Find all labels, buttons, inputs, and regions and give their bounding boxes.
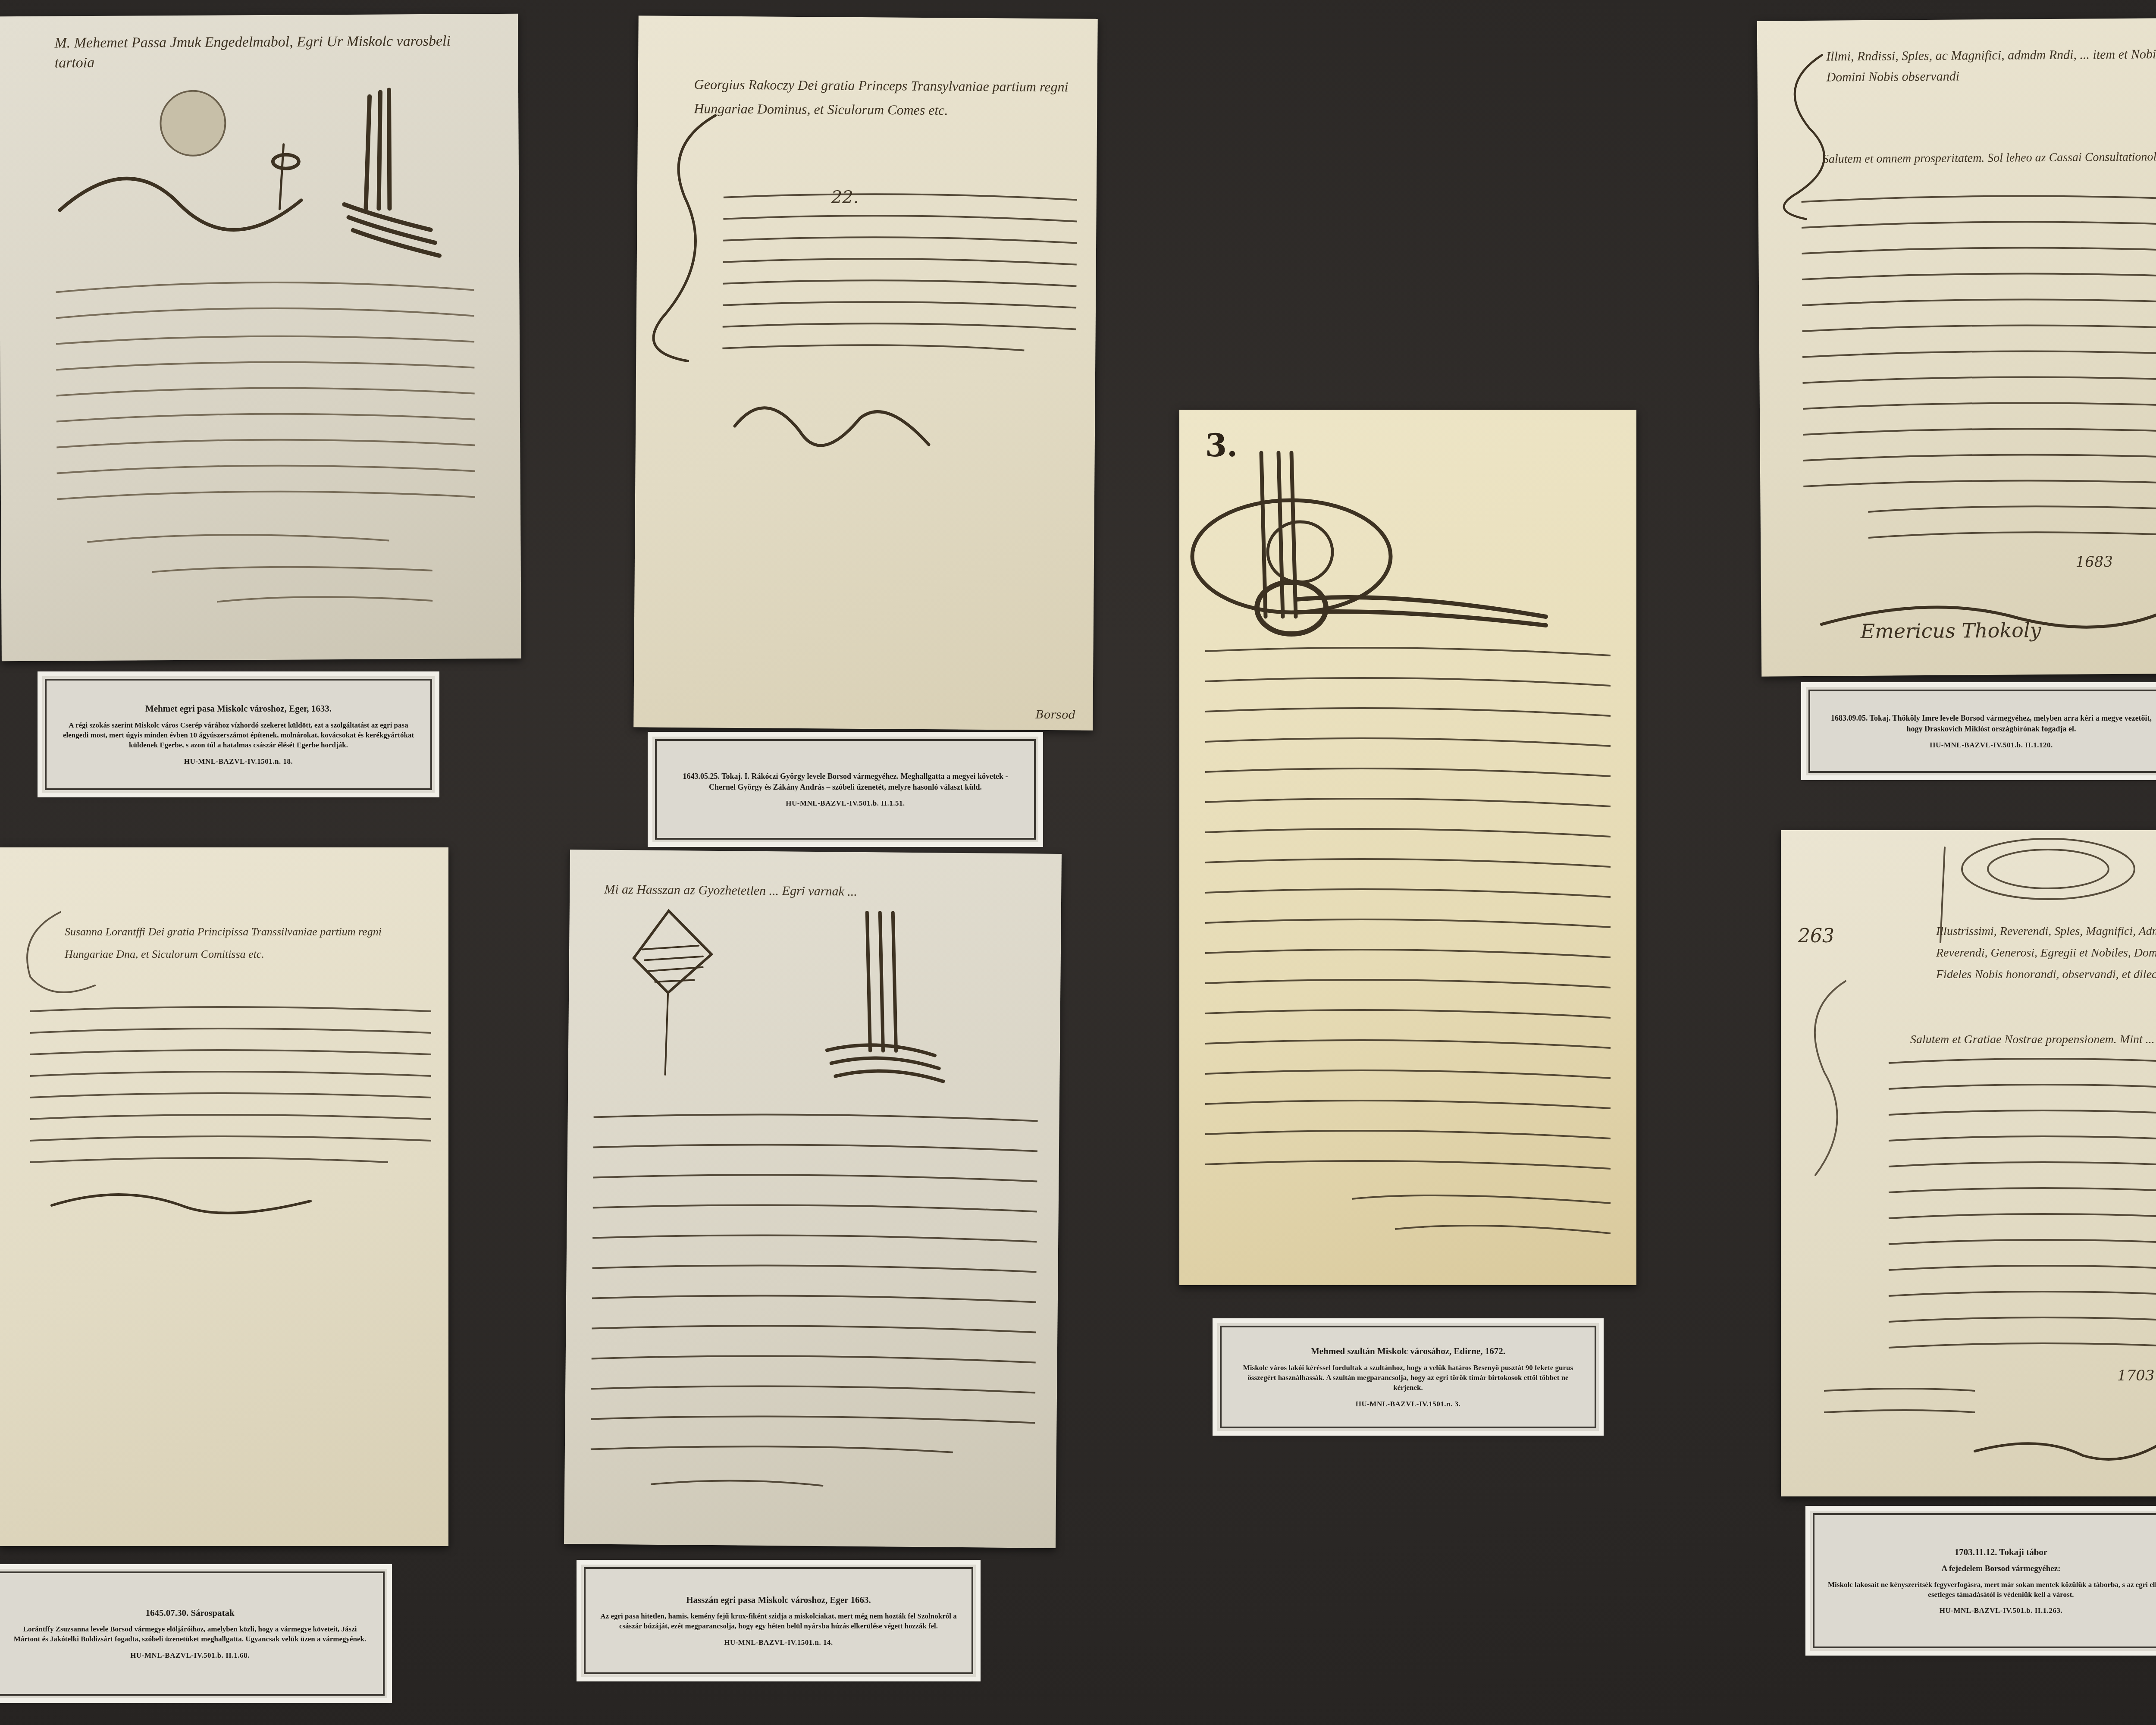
label-title: Mehmet egri pasa Miskolc városhoz, Eger,… — [60, 703, 417, 714]
document-hasszan-1663: Mi az Hasszan az Gyozhetetlen ... Egri v… — [564, 850, 1062, 1548]
calligraphic-initial — [1757, 18, 2156, 676]
label-title: Hasszán egri pasa Miskolc városhoz, Eger… — [599, 1594, 959, 1606]
document-signature: Emericus Thokoly — [1860, 618, 2041, 643]
label-body: 1683.09.05. Tokaj. Thököly Imre levele B… — [1823, 713, 2156, 734]
label-body: A régi szokás szerint Miskolc város Cser… — [60, 721, 417, 750]
label-archive-reference: HU-MNL-BAZVL-IV.1501.n. 3. — [1235, 1400, 1582, 1408]
label-title: 1645.07.30. Sárospatak — [10, 1607, 370, 1618]
document-year-mark: 1683 — [2075, 553, 2113, 571]
caption-label-lorantffy-1645: 1645.07.30. Sárospatak Lorántffy Zsuzsan… — [0, 1568, 389, 1700]
calligraphic-flourish — [1781, 830, 2156, 1496]
tughra-illustration — [0, 14, 521, 661]
document-rakoczi-1643: Georgius Rakoczy Dei gratia Princeps Tra… — [633, 16, 1097, 730]
caption-label-thokoly-1683: 1683.09.05. Tokaj. Thököly Imre levele B… — [1805, 686, 2156, 777]
document-sultan-1672: 3. — [1179, 410, 1636, 1285]
flag-and-tughra-illustration — [564, 850, 1062, 1548]
label-body: Miskolc lakosait ne kényszerítsék fegyve… — [1827, 1580, 2156, 1600]
label-archive-reference: HU-MNL-BAZVL-IV.501.b. II.1.120. — [1823, 741, 2156, 750]
label-archive-reference: HU-MNL-BAZVL-IV.1501.n. 14. — [599, 1638, 959, 1647]
document-corner-mark: Borsod — [1036, 709, 1076, 722]
caption-label-rakoczi-1643: 1643.05.25. Tokaj. I. Rákóczi György lev… — [651, 735, 1040, 844]
document-mehmet-1633: M. Mehemet Passa Jmuk Engedelmabol, Egri… — [0, 14, 521, 661]
label-subtitle: A fejedelem Borsod vármegyéhez: — [1827, 1564, 2156, 1574]
document-thokoly-1683: Illmi, Rndissi, Sples, ac Magnifici, adm… — [1757, 18, 2156, 676]
label-body: Az egri pasa hitetlen, hamis, kemény fej… — [599, 1612, 959, 1631]
document-lorantffy-1645: Susanna Lorantffi Dei gratia Principissa… — [0, 847, 448, 1546]
label-archive-reference: HU-MNL-BAZVL-IV.1501.n. 18. — [60, 757, 417, 766]
document-numeral: 22. — [831, 187, 859, 207]
calligraphic-initial — [633, 16, 1097, 730]
tughra-illustration — [1179, 410, 1636, 1285]
document-tokaji-1703: 263 Illustrissimi, Reverendi, Sples, Mag… — [1781, 830, 2156, 1496]
caption-label-hasszan-1663: Hasszán egri pasa Miskolc városhoz, Eger… — [580, 1563, 977, 1678]
label-body: 1643.05.25. Tokaj. I. Rákóczi György lev… — [670, 771, 1021, 792]
label-body: Lorántffy Zsuzsanna levele Borsod vármeg… — [10, 1625, 370, 1644]
label-archive-reference: HU-MNL-BAZVL-IV.501.b. II.1.68. — [10, 1651, 370, 1660]
caption-label-tokaji-1703: 1703.11.12. Tokaji tábor A fejedelem Bor… — [1809, 1509, 2156, 1652]
label-body: Miskolc város lakói kéréssel fordultak a… — [1235, 1363, 1582, 1393]
caption-label-mehmet-1633: Mehmet egri pasa Miskolc városhoz, Eger,… — [41, 675, 436, 794]
label-title: 1703.11.12. Tokaji tábor — [1827, 1546, 2156, 1558]
label-title: Mehmed szultán Miskolc városához, Edirne… — [1235, 1345, 1582, 1357]
document-year-mark: 1703 — [2117, 1367, 2155, 1384]
label-archive-reference: HU-MNL-BAZVL-IV.501.b. II.1.263. — [1827, 1606, 2156, 1615]
calligraphic-initial — [0, 847, 448, 1546]
caption-label-sultan-1672: Mehmed szultán Miskolc városához, Edirne… — [1216, 1322, 1600, 1432]
label-archive-reference: HU-MNL-BAZVL-IV.501.b. II.1.51. — [670, 799, 1021, 808]
